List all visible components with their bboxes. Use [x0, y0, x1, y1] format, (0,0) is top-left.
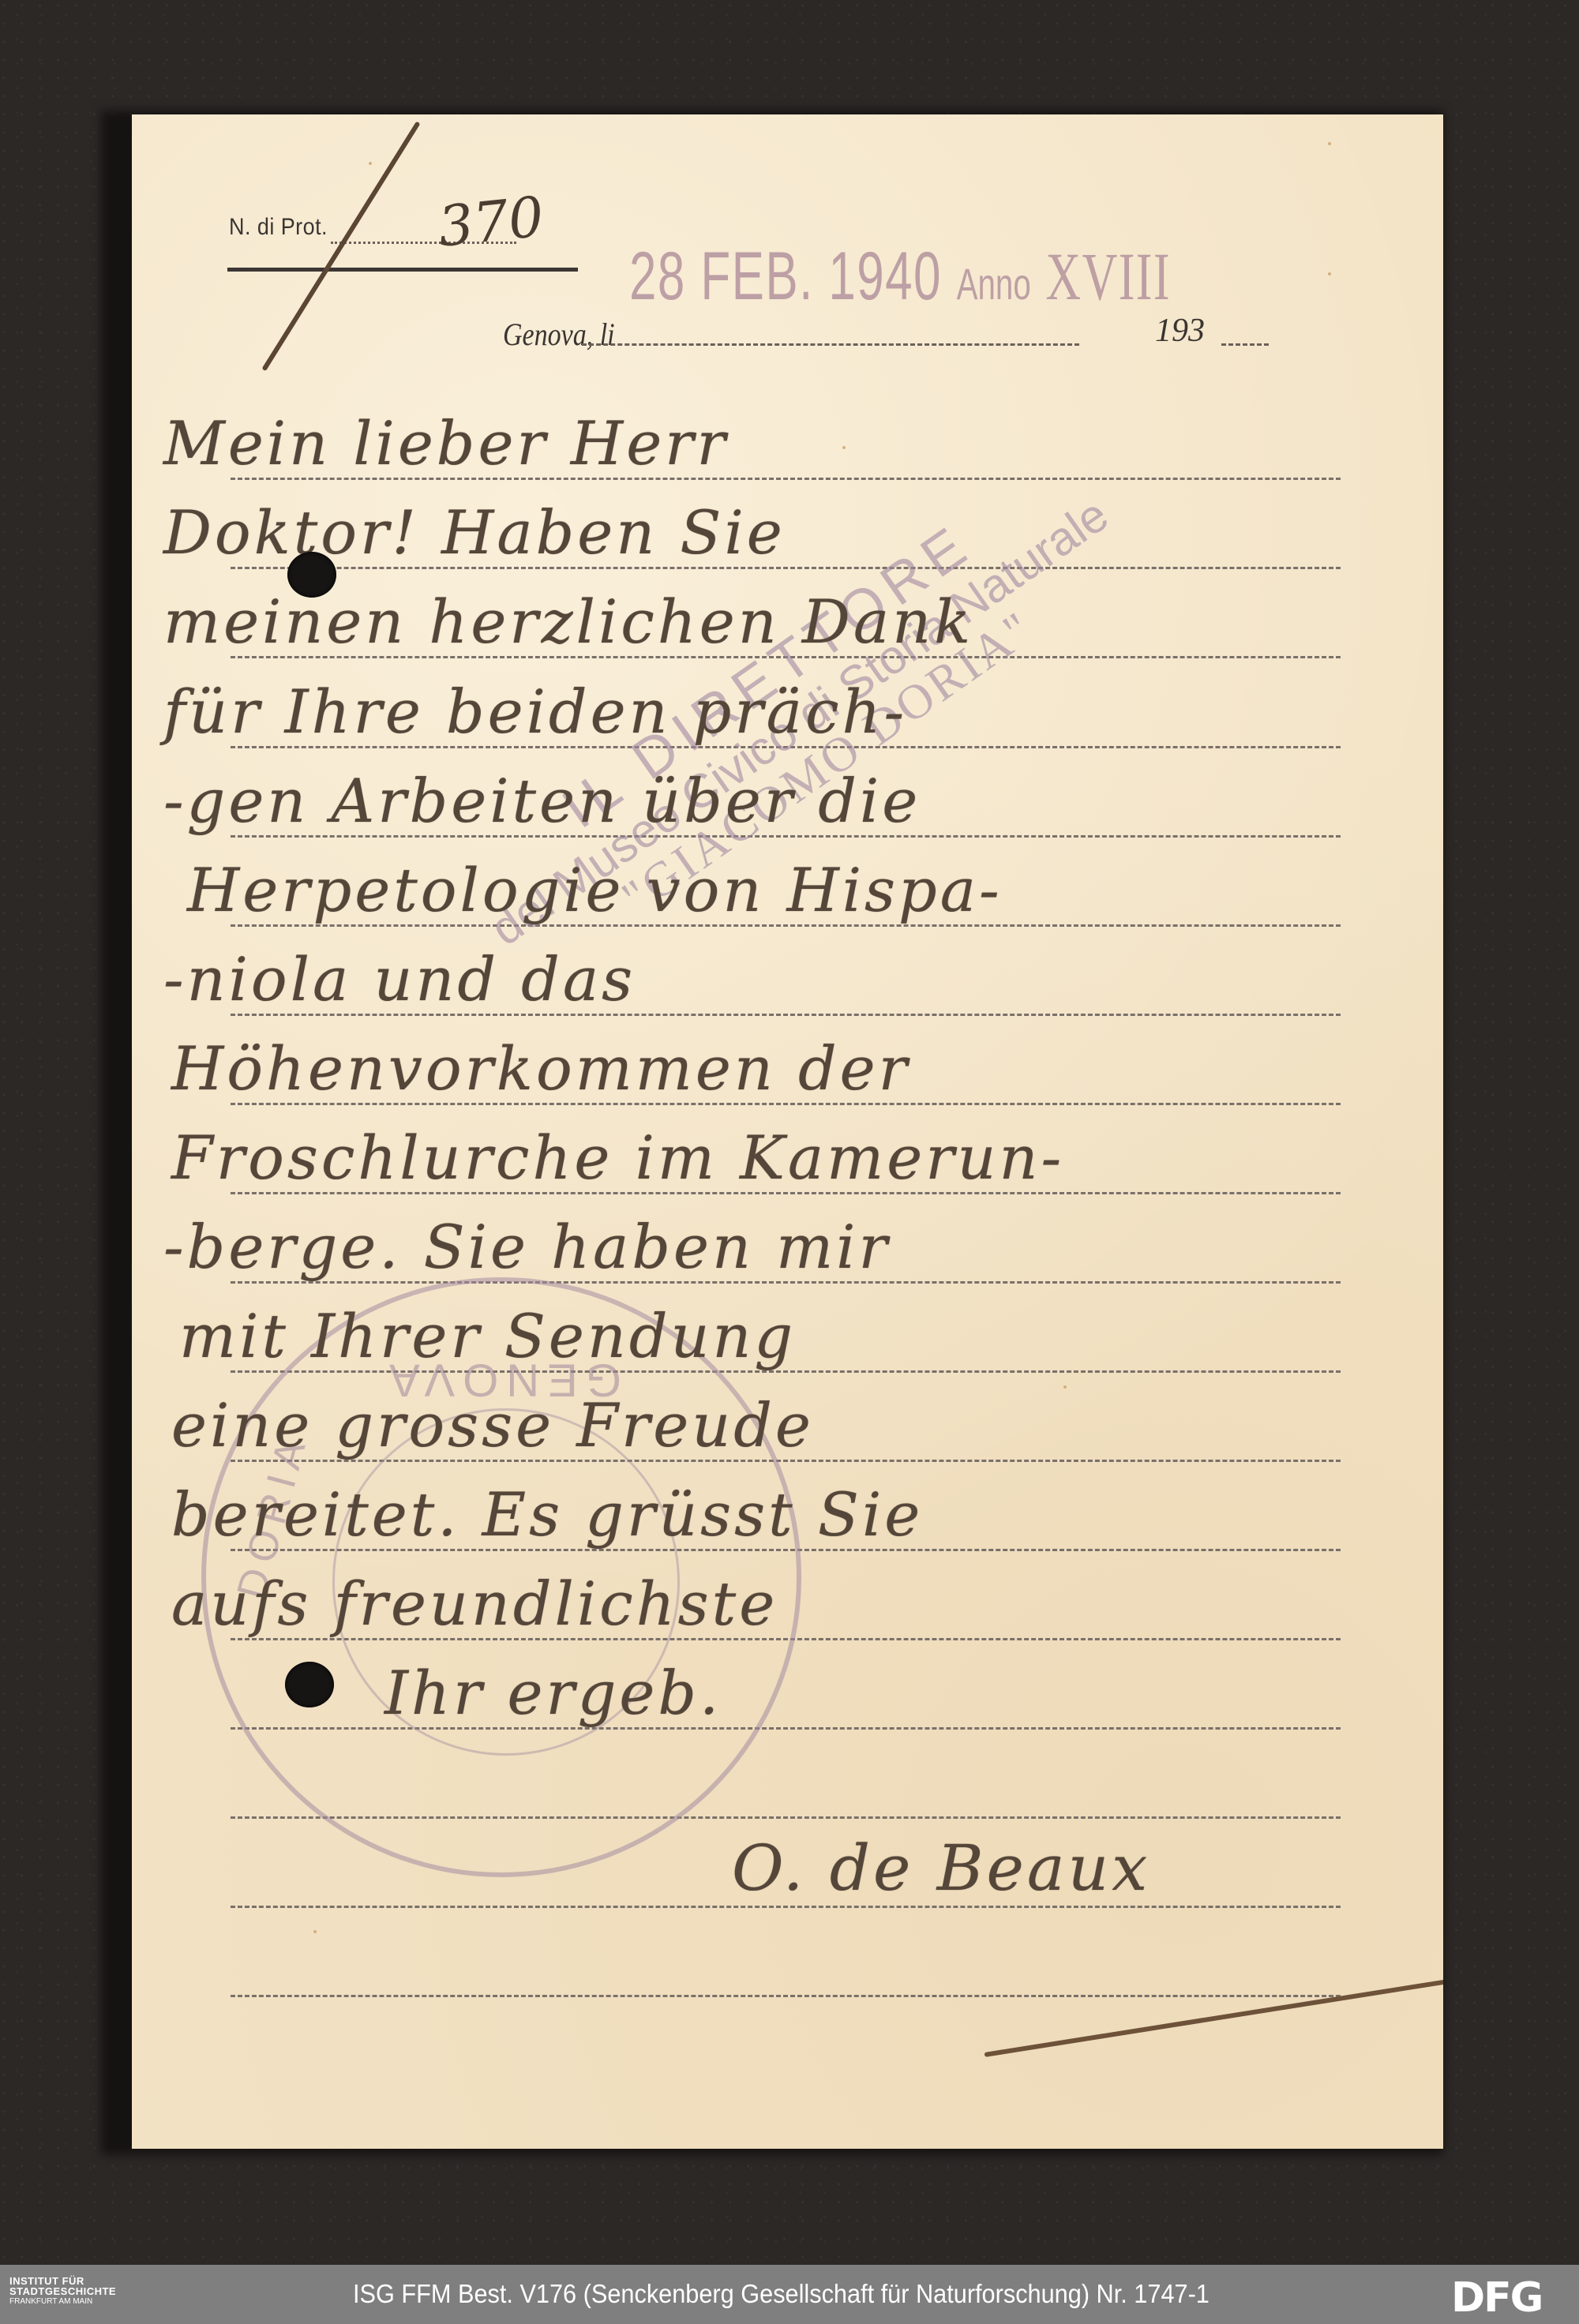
protocol-number: 370 — [435, 184, 546, 260]
letter-line: meinen herzlichen Dank — [163, 587, 973, 657]
letter-line: mit Ihrer Sendung — [179, 1301, 796, 1371]
letter-line: -berge. Sie haben mir — [163, 1212, 891, 1282]
letter-line: eine grosse Freude — [171, 1390, 814, 1460]
received-date-stamp: 28 FEB. 1940 Anno XVIII — [629, 237, 1171, 316]
year-dotted-line — [1221, 343, 1269, 346]
year-prefix: 193 — [1155, 312, 1205, 350]
letter-line: Doktor! Haben Sie — [163, 497, 786, 568]
stamp-date: 28 FEB. 1940 — [629, 238, 942, 314]
punch-hole — [285, 1662, 334, 1707]
archive-footer-bar: INSTITUT FÜR STADTGESCHICHTE FRANKFURT A… — [0, 2265, 1579, 2324]
letter-line: -niola und das — [163, 944, 636, 1014]
paper-speck — [313, 1930, 317, 1933]
letter-line: -gen Arbeiten über die — [163, 766, 921, 836]
letter-line: Höhenvorkommen der — [171, 1033, 910, 1104]
paper-speck — [1328, 272, 1331, 276]
dfg-logo: DFG — [1451, 2277, 1542, 2318]
letter-line: Mein lieber Herr — [163, 408, 729, 478]
paper-speck — [369, 162, 372, 165]
ruled-line — [231, 1995, 1341, 1997]
punch-hole — [287, 552, 336, 598]
letter-card: N. di Prot. 370 28 FEB. 1940 Anno XVIII … — [132, 114, 1443, 2149]
ruled-line — [231, 1906, 1341, 1908]
institut-logo-line2: STADTGESCHICHTE — [9, 2286, 116, 2296]
institut-logo-line3: FRANKFURT AM MAIN — [9, 2298, 116, 2306]
letter-line: Herpetologie von Hispa- — [187, 855, 1003, 925]
protocol-rule — [227, 268, 578, 272]
signature-underline — [985, 1974, 1443, 2057]
paper-speck — [1328, 142, 1331, 145]
stamp-anno-label: Anno — [957, 259, 1031, 309]
paper-speck — [842, 446, 846, 449]
paper-speck — [1063, 1385, 1067, 1389]
date-dotted-line — [582, 343, 1079, 346]
place-label: Genova, li — [503, 316, 615, 353]
stamp-anno-value: XVIII — [1045, 238, 1171, 314]
letter-line: bereitet. Es grüsst Sie — [171, 1479, 923, 1550]
archive-caption: ISG FFM Best. V176 (Senckenberg Gesellsc… — [353, 2279, 1210, 2309]
letter-closing: Ihr ergeb. — [384, 1658, 722, 1728]
letter-line: Froschlurche im Kamerun- — [171, 1123, 1064, 1193]
signature: O. de Beaux — [732, 1831, 1150, 1905]
institut-logo: INSTITUT FÜR STADTGESCHICHTE FRANKFURT A… — [9, 2276, 116, 2306]
protocol-slash-mark — [261, 121, 420, 371]
protocol-label: N. di Prot. — [229, 214, 328, 241]
letter-line: aufs freundlichste — [171, 1569, 778, 1639]
letter-line: für Ihre beiden präch- — [163, 677, 907, 747]
